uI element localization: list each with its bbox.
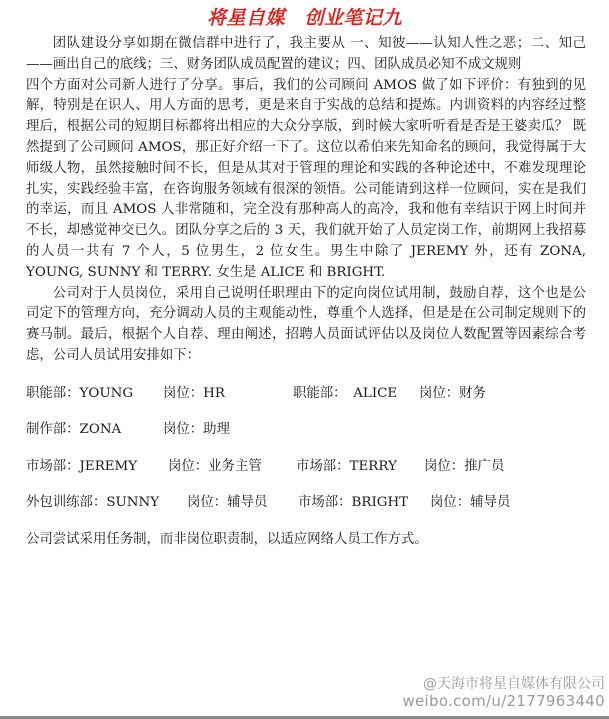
staff-role: 岗位：助理: [163, 420, 230, 440]
paragraph-amos: 四个方面对公司新人进行了分享。事后，我们的公司顾问 AMOS 做了如下评价：有独…: [26, 76, 586, 284]
staff-role: 岗位：辅导员: [430, 493, 510, 513]
watermark-account: @天海市将星自媒体有限公司: [402, 676, 605, 693]
weibo-watermark: @天海市将星自媒体有限公司 weibo.com/u/2177963440: [402, 676, 605, 710]
staff-role: 岗位：HR: [163, 384, 225, 404]
closing-statement: 公司尝试采用任务制，而非岗位职责制，以适应网络人员工作方式。: [26, 530, 428, 550]
staff-dept: 职能部：YOUNG: [26, 384, 133, 404]
paragraph-policy: 公司对于人员岗位，采用自己说明任职理由下的定向岗位试用制，鼓励自荐，这个也是公司…: [26, 284, 586, 367]
document-title: 将星自媒 创业笔记九: [0, 3, 609, 30]
staff-dept: 职能部： ALICE: [293, 384, 397, 404]
staff-role: 岗位：业务主管: [168, 457, 262, 477]
watermark-url: weibo.com/u/2177963440: [402, 693, 605, 710]
staff-dept: 市场部：BRIGHT: [298, 493, 408, 513]
staff-dept: 制作部：ZONA: [26, 420, 121, 440]
paragraph-intro: 团队建设分享如期在微信群中进行了，我主要从 一、知彼——认知人性之恶；二、知己—…: [26, 34, 586, 76]
staff-dept: 市场部：JEREMY: [26, 457, 137, 477]
staff-role: 岗位：辅导员: [187, 493, 267, 513]
document-body: 团队建设分享如期在微信群中进行了，我主要从 一、知彼——认知人性之恶；二、知己—…: [26, 34, 586, 367]
staff-role: 岗位：推广员: [424, 457, 504, 477]
staff-dept: 外包训练部：SUNNY: [26, 493, 159, 513]
staff-dept: 市场部：TERRY: [296, 457, 397, 477]
staff-role: 岗位：财务: [419, 384, 486, 404]
